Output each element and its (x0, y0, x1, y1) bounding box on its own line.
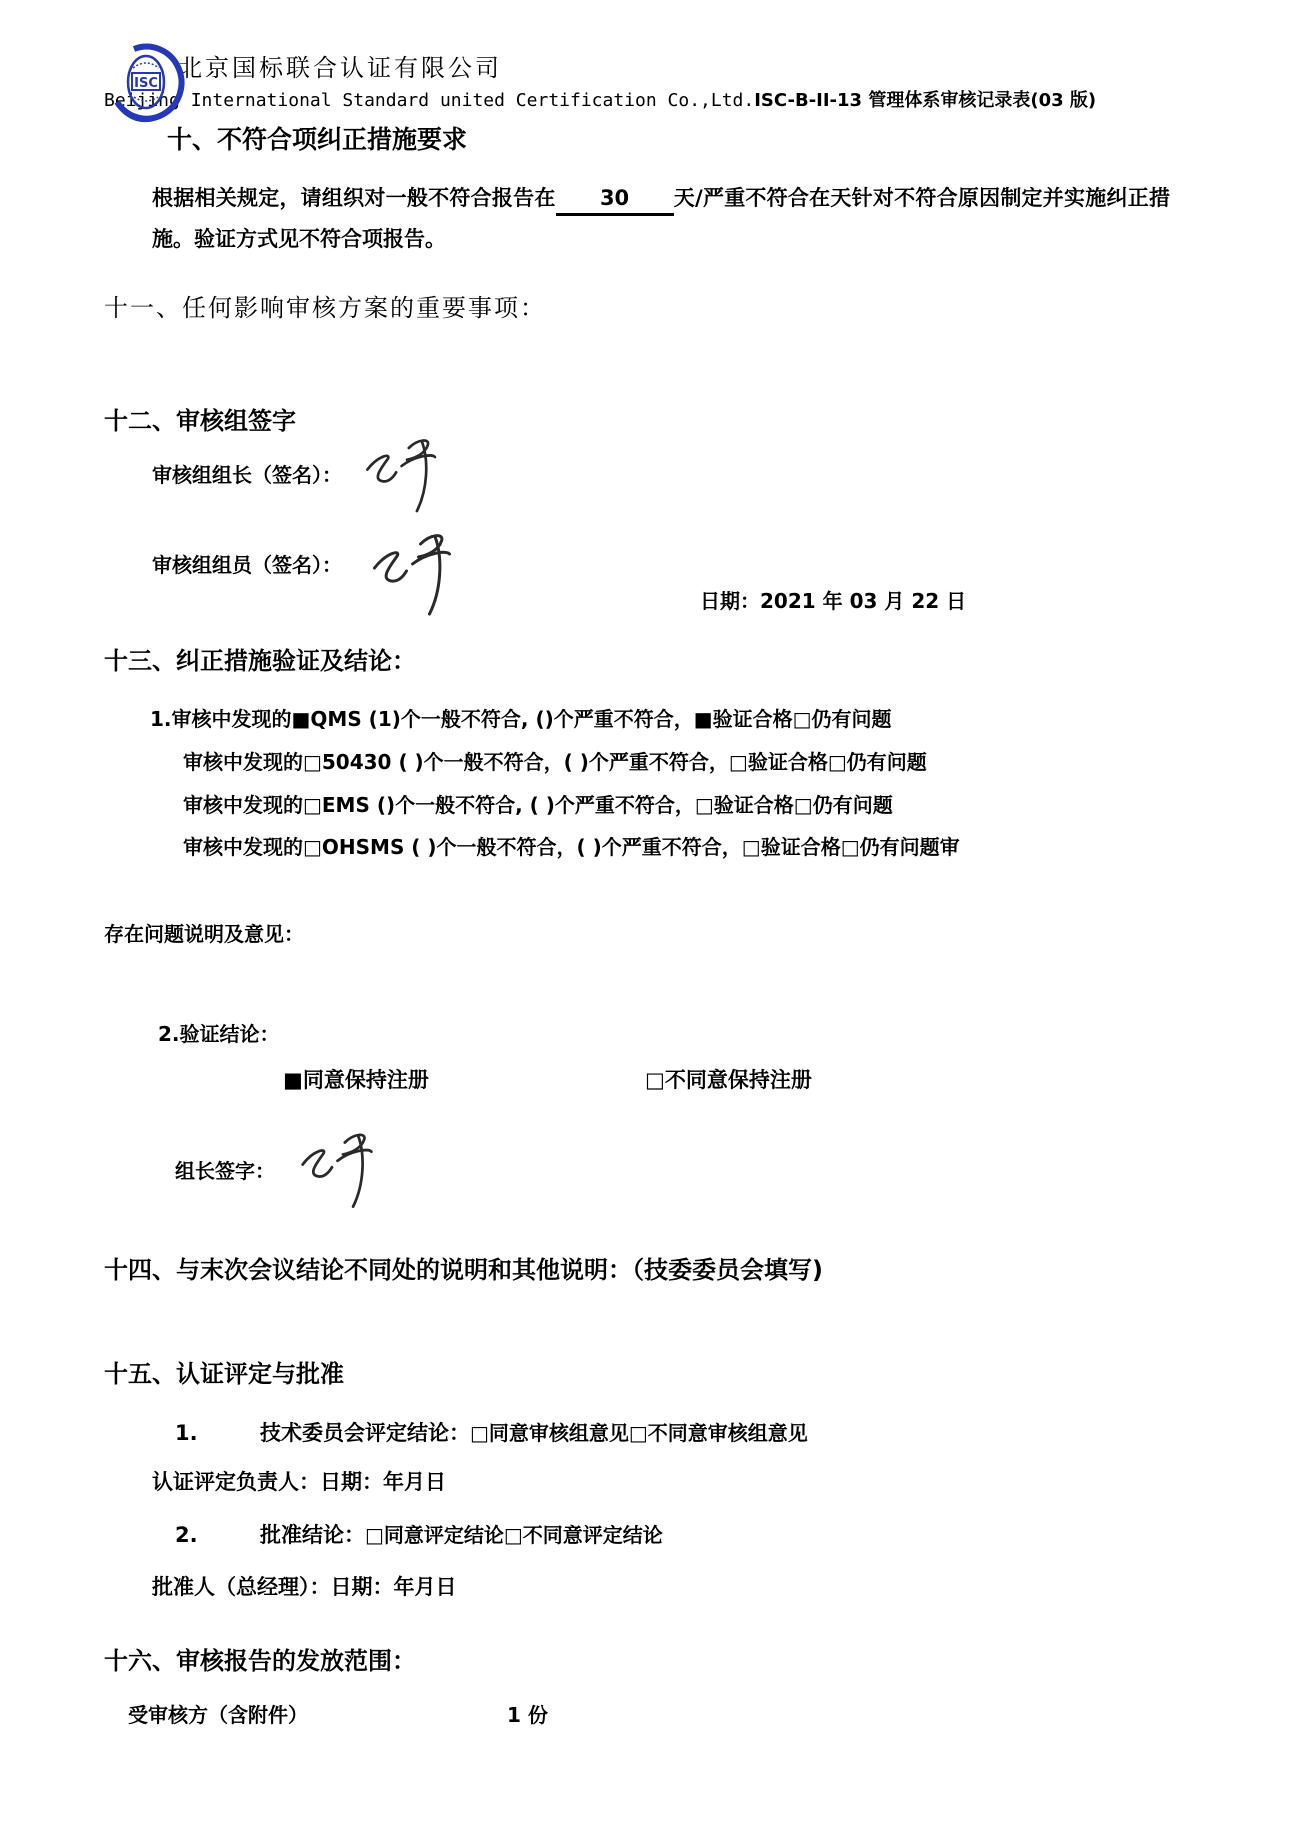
logo-isc-text: ISC (134, 76, 158, 91)
company-name-en: Beijing International Standard united Ce… (104, 90, 754, 111)
doc-code: ISC-B-II-13 管理体系审核记录表(03 版) (754, 90, 1096, 111)
nc-correction-paragraph: 根据相关规定，请组织对一般不符合报告在30天/严重不符合在天针对不符合原因制定并… (152, 178, 1170, 260)
option-not-keep-registration: □不同意保持注册 (645, 1064, 812, 1094)
company-name-cn: 北京国标联合认证有限公司 (178, 48, 502, 83)
leader-signature (348, 430, 466, 520)
finding-line-50430: 审核中发现的□50430 ( )个一般不符合，( )个严重不符合，□验证合格□仍… (183, 746, 927, 775)
item2-number: 2. (175, 1523, 260, 1547)
item1-options: □同意审核组意见□不同意审核组意见 (470, 1421, 808, 1445)
days-value: 30 (556, 183, 674, 216)
leader-sign-label: 组长签字： (175, 1155, 275, 1184)
section-16-title: 十六、审核报告的发放范围： (104, 1641, 416, 1676)
section-12-title: 十二、审核组签字 (104, 401, 296, 436)
section-14-title: 十四、与末次会议结论不同处的说明和其他说明：（技委委员会填写) (104, 1250, 823, 1285)
section-13-title: 十三、纠正措施验证及结论： (104, 641, 416, 676)
item2-label: 批准结论： (260, 1523, 365, 1547)
member-signature (356, 524, 481, 624)
section-15-title: 十五、认证评定与批准 (104, 1354, 344, 1389)
leader-sign-signature (288, 1122, 398, 1218)
tech-committee-conclusion-line: 1.技术委员会评定结论：□同意审核组意见□不同意审核组意见 (175, 1417, 808, 1447)
item1-label: 技术委员会评定结论： (260, 1421, 470, 1445)
company-name-en-line: Beijing International Standard united Ce… (104, 86, 1096, 112)
finding-line-ohsms: 审核中发现的□OHSMS ( )个一般不符合，( )个严重不符合，□验证合格□仍… (183, 831, 960, 860)
assessor-line: 认证评定负责人：日期：年月日 (152, 1466, 446, 1496)
member-signature-label: 审核组组员（签名）： (152, 549, 342, 578)
distribution-copies-value: 1 份 (507, 1699, 548, 1728)
item2-options: □同意评定结论□不同意评定结论 (365, 1523, 663, 1547)
section-11-title: 十一、任何影响审核方案的重要事项： (104, 288, 546, 323)
leader-signature-label: 审核组组长（签名）： (152, 459, 342, 488)
approver-line: 批准人（总经理）：日期：年月日 (152, 1571, 457, 1601)
issues-comments-label: 存在问题说明及意见： (104, 918, 304, 947)
approval-conclusion-line: 2.批准结论：□同意评定结论□不同意评定结论 (175, 1519, 663, 1549)
finding-line-ems: 审核中发现的□EMS ()个一般不符合, ( )个严重不符合，□验证合格□仍有问… (183, 789, 893, 818)
finding-line-qms: 1.审核中发现的■QMS (1)个一般不符合, ()个严重不符合，■验证合格□仍… (150, 703, 892, 732)
isc-certification-logo: ISC (104, 42, 188, 128)
item1-number: 1. (175, 1421, 260, 1445)
option-keep-registration: ■同意保持注册 (283, 1064, 429, 1094)
document-page: ISC 北京国标联合认证有限公司 Beijing International S… (0, 0, 1307, 1848)
audit-date: 日期：2021 年 03 月 22 日 (700, 585, 966, 614)
verification-conclusion-label: 2.验证结论： (158, 1018, 280, 1047)
distribution-recipient-label: 受审核方（含附件） (128, 1699, 308, 1728)
section-10-title: 十、不符合项纠正措施要求 (167, 120, 467, 156)
paragraph-text-before: 根据相关规定，请组织对一般不符合报告在 (152, 186, 556, 210)
